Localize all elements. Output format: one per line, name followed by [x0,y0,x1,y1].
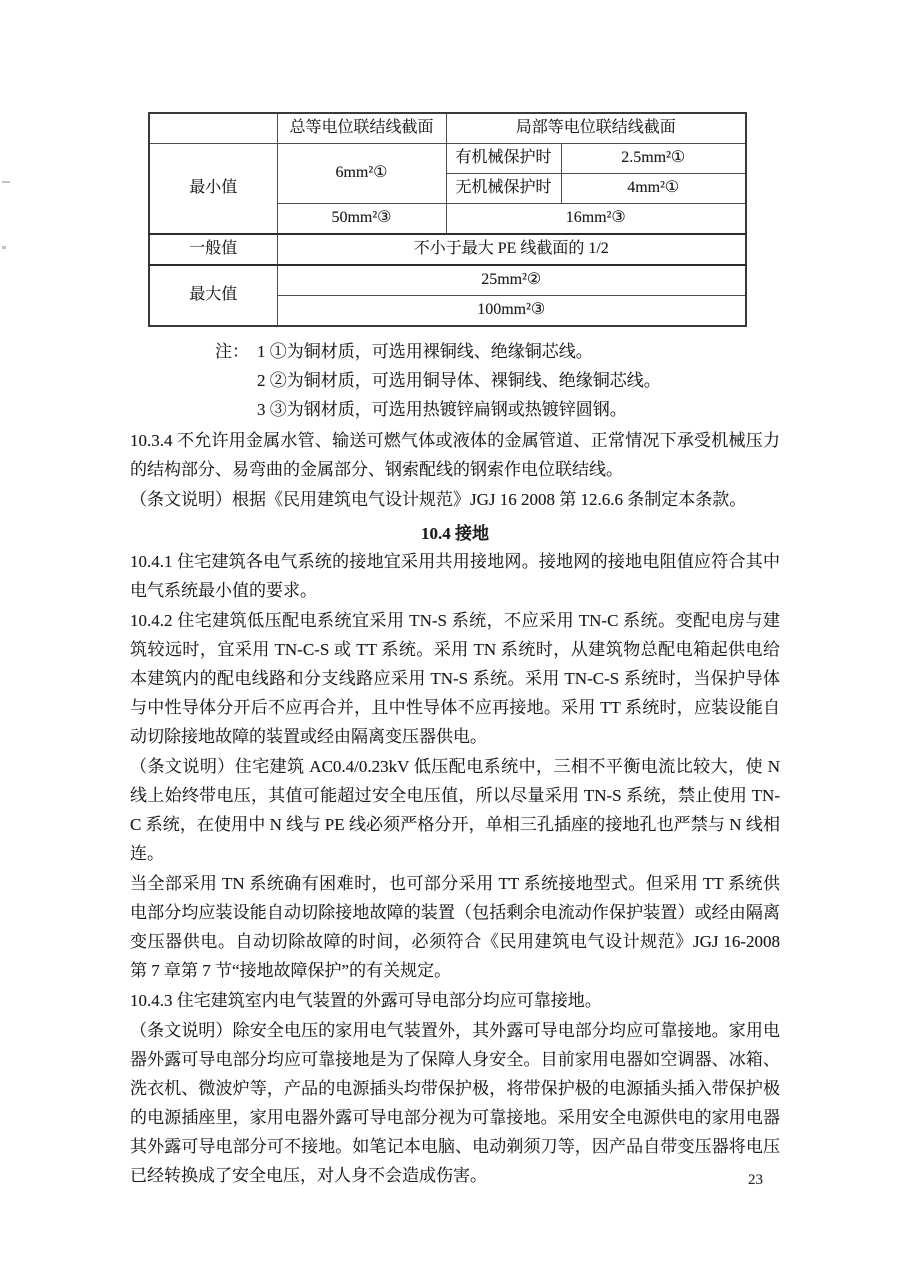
scan-artifact [2,181,10,183]
table-note-1: 注： 1 ①为铜材质，可选用裸铜线、绝缘铜芯线。 [215,337,780,366]
note-prefix: 注： [215,337,249,366]
table-cell-max-label: 最大值 [149,265,277,326]
table-cell-no-mech-value: 4mm²① [561,174,746,204]
scan-artifact [2,246,6,249]
table-row-min-mech: 最小值 6mm²① 有机械保护时 2.5mm²① [149,144,746,174]
table-note-3: 3 ③为钢材质，可选用热镀锌扁钢或热镀锌圆钢。 [215,395,780,424]
clause-10-4-2: 10.4.2 住宅建筑低压配电系统宜采用 TN-S 系统，不应采用 TN-C 系… [130,606,780,751]
table-cell-general-value: 不小于最大 PE 线截面的 1/2 [277,234,746,265]
table-cell-steel-local-value: 16mm²③ [446,204,746,235]
table-row-max-copper: 最大值 25mm²② [149,265,746,296]
table-notes: 注： 1 ①为铜材质，可选用裸铜线、绝缘铜芯线。 2 ②为铜材质，可选用铜导体、… [215,337,780,424]
table-note-2: 2 ②为铜材质，可选用铜导体、裸铜线、绝缘铜芯线。 [215,366,780,395]
document-content: 总等电位联结线截面 局部等电位联结线截面 最小值 6mm²① 有机械保护时 2.… [130,112,780,1190]
table-cell-min-main-value: 6mm²① [277,144,446,204]
table-header-local-bonding: 局部等电位联结线截面 [446,113,746,144]
note-text: 1 ①为铜材质，可选用裸铜线、绝缘铜芯线。 [257,342,593,361]
table-corner-cell [149,113,277,144]
scanned-document-page: 总等电位联结线截面 局部等电位联结线截面 最小值 6mm²① 有机械保护时 2.… [0,0,898,1262]
table-cell-general-label: 一般值 [149,234,277,265]
table-cell-min-label: 最小值 [149,144,277,235]
clause-10-3-4-commentary: （条文说明）根据《民用建筑电气设计规范》JGJ 16 2008 第 12.6.6… [130,485,780,514]
clause-10-4-2-commentary-1: （条文说明）住宅建筑 AC0.4/0.23kV 低压配电系统中，三相不平衡电流比… [130,752,780,868]
clause-10-4-1: 10.4.1 住宅建筑各电气系统的接地宜采用共用接地网。接地网的接地电阻值应符合… [130,547,780,605]
table-header-row: 总等电位联结线截面 局部等电位联结线截面 [149,113,746,144]
bonding-conductor-cross-section-table: 总等电位联结线截面 局部等电位联结线截面 最小值 6mm²① 有机械保护时 2.… [148,112,747,327]
clause-10-4-3-commentary: （条文说明）除安全电压的家用电气装置外，其外露可导电部分均应可靠接地。家用电器外… [130,1016,780,1190]
table-header-main-bonding: 总等电位联结线截面 [277,113,446,144]
table-row-general: 一般值 不小于最大 PE 线截面的 1/2 [149,234,746,265]
section-heading-10-4: 10.4 接地 [130,519,780,544]
table-cell-with-mech-value: 2.5mm²① [561,144,746,174]
page-number: 23 [748,1172,763,1189]
table-cell-max-steel-value: 100mm²③ [277,296,746,327]
note-text: 3 ③为钢材质，可选用热镀锌扁钢或热镀锌圆钢。 [257,400,627,419]
table-cell-max-copper-value: 25mm²② [277,265,746,296]
note-text: 2 ②为铜材质，可选用铜导体、裸铜线、绝缘铜芯线。 [257,371,661,390]
clause-10-4-3: 10.4.3 住宅建筑室内电气装置的外露可导电部分均应可靠接地。 [130,986,780,1015]
clause-10-4-2-commentary-2: 当全部采用 TN 系统确有困难时，也可部分采用 TT 系统接地型式。但采用 TT… [130,869,780,985]
table-cell-with-mech-label: 有机械保护时 [446,144,561,174]
clause-10-3-4: 10.3.4 不允许用金属水管、输送可燃气体或液体的金属管道、正常情况下承受机械… [130,426,780,484]
table-cell-steel-main-value: 50mm²③ [277,204,446,235]
table-cell-no-mech-label: 无机械保护时 [446,174,561,204]
